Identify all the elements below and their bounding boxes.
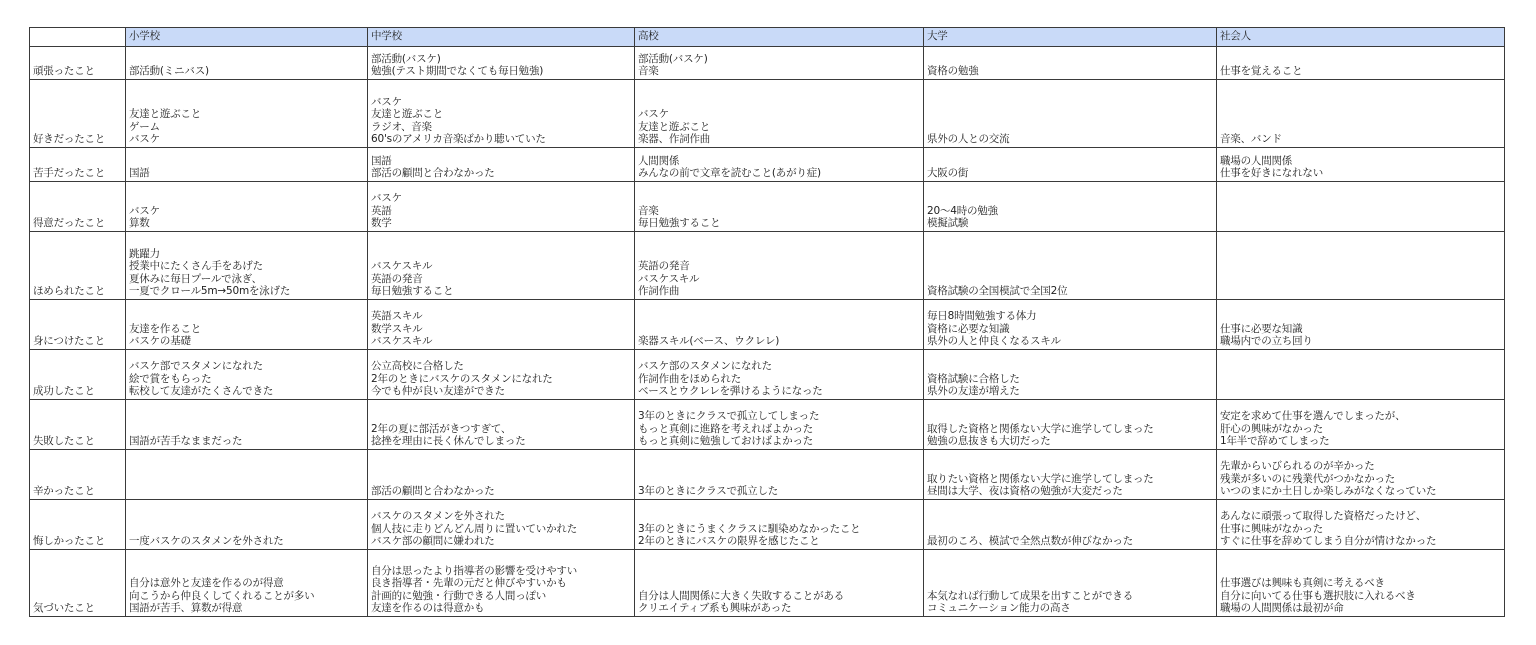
cell-elementary[interactable]: 国語が苦手なままだった <box>126 400 368 450</box>
cell-text-line: 仕事選びは興味も真剣に考えるべき <box>1220 577 1501 590</box>
cell-university[interactable]: 大阪の街 <box>924 148 1217 182</box>
cell-text-line: 仕事を好きになれない <box>1220 167 1501 180</box>
row-label-cell[interactable]: 辛かったこと <box>30 450 126 500</box>
cell-university[interactable]: 取りたい資格と関係ない大学に進学してしまった昼間は大学、夜は資格の勉強が大変だっ… <box>924 450 1217 500</box>
cell-working-adult[interactable] <box>1217 232 1505 300</box>
header-cell-university[interactable]: 大学 <box>924 28 1217 47</box>
cell-text-line: バスケ <box>371 192 631 205</box>
cell-text-line: 安定を求めて仕事を選んでしまったが、 <box>1220 410 1501 423</box>
cell-junior-high[interactable]: バスケスキル英語の発音毎日勉強すること <box>368 232 635 300</box>
row-label-cell[interactable]: 身につけたこと <box>30 300 126 350</box>
header-row: 小学校 中学校 高校 大学 社会人 <box>30 28 1505 47</box>
cell-text-line: 勉強の息抜きも大切だった <box>927 435 1213 448</box>
cell-text-line: 音楽 <box>638 205 920 218</box>
cell-text-line: 友達と遊ぶこと <box>371 108 631 121</box>
cell-text-line: あんなに頑張って取得した資格だったけど、 <box>1220 510 1501 523</box>
cell-elementary[interactable]: バスケ算数 <box>126 182 368 232</box>
cell-text-line: 英語 <box>371 205 631 218</box>
cell-working-adult[interactable]: 音楽、バンド <box>1217 80 1505 148</box>
cell-elementary[interactable]: 国語 <box>126 148 368 182</box>
cell-text-line: 国語 <box>129 167 364 180</box>
row-label-cell[interactable]: 失敗したこと <box>30 400 126 450</box>
cell-text-line: 2年のときにバスケの限界を感じたこと <box>638 535 920 548</box>
cell-text-line: 資格試験の全国模試で全国2位 <box>927 285 1213 298</box>
table-row: 辛かったこと部活の顧問と合わなかった3年のときにクラスで孤立した取りたい資格と関… <box>30 450 1505 500</box>
cell-junior-high[interactable]: 部活動(バスケ)勉強(テスト期間でなくても毎日勉強) <box>368 47 635 80</box>
row-label-cell[interactable]: ほめられたこと <box>30 232 126 300</box>
cell-text-line: 大阪の街 <box>927 167 1213 180</box>
table-row: 頑張ったこと部活動(ミニバス)部活動(バスケ)勉強(テスト期間でなくても毎日勉強… <box>30 47 1505 80</box>
cell-text-line: 1年半で辞めてしまった <box>1220 435 1501 448</box>
cell-text-line: 友達を作るのは得意かも <box>371 602 631 615</box>
table-row: 失敗したこと国語が苦手なままだった2年の夏に部活がきつすぎて、捻挫を理由に長く休… <box>30 400 1505 450</box>
cell-high-school[interactable]: 部活動(バスケ)音楽 <box>635 47 924 80</box>
cell-text-line: ラジオ、音楽 <box>371 121 631 134</box>
header-corner-cell[interactable] <box>30 28 126 47</box>
header-cell-junior-high[interactable]: 中学校 <box>368 28 635 47</box>
cell-text-line: 音楽、バンド <box>1220 133 1501 146</box>
cell-text-line: 部活動(バスケ) <box>638 53 920 66</box>
cell-text-line: 友達と遊ぶこと <box>129 108 364 121</box>
cell-text-line: もっと真剣に勉強しておけばよかった <box>638 435 920 448</box>
cell-elementary[interactable]: 友達を作ることバスケの基礎 <box>126 300 368 350</box>
cell-high-school[interactable]: バスケ友達と遊ぶこと楽器、作詞作曲 <box>635 80 924 148</box>
cell-university[interactable]: 資格試験の全国模試で全国2位 <box>924 232 1217 300</box>
cell-junior-high[interactable]: 国語部活の顧問と合わなかった <box>368 148 635 182</box>
cell-university[interactable]: 資格の勉強 <box>924 47 1217 80</box>
cell-text-line: 部活動(バスケ) <box>371 53 631 66</box>
cell-text-line: 友達と遊ぶこと <box>638 121 920 134</box>
cell-text-line: 肝心の興味がなかった <box>1220 423 1501 436</box>
cell-high-school[interactable]: 3年のときにクラスで孤立した <box>635 450 924 500</box>
cell-text-line: 転校して友達がたくさんできた <box>129 385 364 398</box>
cell-text-line: 60'sのアメリカ音楽ばかり聴いていた <box>371 133 631 146</box>
cell-text-line: もっと真剣に進路を考えればよかった <box>638 423 920 436</box>
cell-university[interactable]: 県外の人との交流 <box>924 80 1217 148</box>
cell-junior-high[interactable]: バスケ友達と遊ぶことラジオ、音楽60'sのアメリカ音楽ばかり聴いていた <box>368 80 635 148</box>
cell-working-adult[interactable] <box>1217 182 1505 232</box>
cell-text-line: 数学スキル <box>371 323 631 336</box>
table-row: 得意だったことバスケ算数バスケ英語数学音楽毎日勉強すること20〜4時の勉強模擬試… <box>30 182 1505 232</box>
cell-text-line: 勉強(テスト期間でなくても毎日勉強) <box>371 65 631 78</box>
cell-text-line: バスケスキル <box>371 335 631 348</box>
cell-text-line: 夏休みに毎日プールで泳ぎ、 <box>129 273 364 286</box>
cell-elementary[interactable]: 部活動(ミニバス) <box>126 47 368 80</box>
cell-junior-high[interactable]: バスケ英語数学 <box>368 182 635 232</box>
cell-text-line: 音楽 <box>638 65 920 78</box>
cell-text-line: 算数 <box>129 217 364 230</box>
cell-text-line: バスケスキル <box>638 273 920 286</box>
cell-university[interactable]: 資格試験に合格した県外の友達が増えた <box>924 350 1217 400</box>
cell-text-line: 部活動(ミニバス) <box>129 65 364 78</box>
cell-working-adult[interactable]: 仕事を覚えること <box>1217 47 1505 80</box>
cell-university[interactable]: 取得した資格と関係ない大学に進学してしまった勉強の息抜きも大切だった <box>924 400 1217 450</box>
cell-high-school[interactable]: 3年のときにクラスで孤立してしまったもっと真剣に進路を考えればよかったもっと真剣… <box>635 400 924 450</box>
cell-text-line: 3年のときにうまくクラスに馴染めなかったこと <box>638 523 920 536</box>
cell-text-line: 資格試験に合格した <box>927 373 1213 386</box>
cell-text-line: 楽器、作詞作曲 <box>638 133 920 146</box>
cell-working-adult[interactable]: あんなに頑張って取得した資格だったけど、仕事に興味がなかったすぐに仕事を辞めてし… <box>1217 500 1505 550</box>
cell-junior-high[interactable]: バスケのスタメンを外された個人技に走りどんどん周りに置いていかれたバスケ部の顧問… <box>368 500 635 550</box>
cell-text-line: ゲーム <box>129 121 364 134</box>
cell-working-adult[interactable]: 仕事に必要な知識職場内での立ち回り <box>1217 300 1505 350</box>
cell-text-line: 国語が苦手、算数が得意 <box>129 602 364 615</box>
cell-text-line: バスケの基礎 <box>129 335 364 348</box>
cell-junior-high[interactable]: 自分は思ったより指導者の影響を受けやすい良き指導者・先輩の元だと伸びやすいかも計… <box>368 550 635 617</box>
cell-elementary[interactable]: 一度バスケのスタメンを外された <box>126 500 368 550</box>
cell-text-line: 個人技に走りどんどん周りに置いていかれた <box>371 523 631 536</box>
cell-text-line: 英語の発音 <box>638 260 920 273</box>
cell-high-school[interactable]: バスケ部のスタメンになれた作詞作曲をほめられたベースとウクレレを弾けるようになっ… <box>635 350 924 400</box>
cell-text-line: 一度バスケのスタメンを外された <box>129 535 364 548</box>
cell-text-line: 良き指導者・先輩の元だと伸びやすいかも <box>371 577 631 590</box>
cell-text-line: 職場の人間関係は最初が命 <box>1220 602 1501 615</box>
cell-text-line: みんなの前で文章を読むこと(あがり症) <box>638 167 920 180</box>
cell-high-school[interactable]: 自分は人間関係に大きく失敗することがあるクリエイティブ系も興味があった <box>635 550 924 617</box>
cell-text-line: 本気なれば行動して成果を出すことができる <box>927 590 1213 603</box>
cell-high-school[interactable]: 音楽毎日勉強すること <box>635 182 924 232</box>
row-label-cell[interactable]: 気づいたこと <box>30 550 126 617</box>
cell-text-line: 授業中にたくさん手をあげた <box>129 260 364 273</box>
cell-text-line: 2年のときにバスケのスタメンになれた <box>371 373 631 386</box>
row-label-cell[interactable]: 成功したこと <box>30 350 126 400</box>
cell-elementary[interactable]: 友達と遊ぶことゲームバスケ <box>126 80 368 148</box>
header-cell-elementary[interactable]: 小学校 <box>126 28 368 47</box>
cell-text-line: バスケ <box>129 205 364 218</box>
table-row: 身につけたこと友達を作ることバスケの基礎英語スキル数学スキルバスケスキル楽器スキ… <box>30 300 1505 350</box>
cell-university[interactable]: 本気なれば行動して成果を出すことができるコミュニケーション能力の高さ <box>924 550 1217 617</box>
cell-text-line: 捻挫を理由に長く休んでしまった <box>371 435 631 448</box>
cell-text-line: バスケ <box>129 133 364 146</box>
cell-elementary[interactable] <box>126 450 368 500</box>
row-label-cell[interactable]: 悔しかったこと <box>30 500 126 550</box>
cell-text-line: 県外の人との交流 <box>927 133 1213 146</box>
cell-text-line: 公立高校に合格した <box>371 360 631 373</box>
table-row: 気づいたこと自分は意外と友達を作るのが得意向こうから仲良くしてくれることが多い国… <box>30 550 1505 617</box>
cell-text-line: 仕事に必要な知識 <box>1220 323 1501 336</box>
table-row: ほめられたこと跳躍力授業中にたくさん手をあげた夏休みに毎日プールで泳ぎ、一夏でク… <box>30 232 1505 300</box>
header-cell-working-adult[interactable]: 社会人 <box>1217 28 1505 47</box>
cell-text-line: クリエイティブ系も興味があった <box>638 602 920 615</box>
cell-junior-high[interactable]: 英語スキル数学スキルバスケスキル <box>368 300 635 350</box>
cell-university[interactable]: 毎日8時間勉強する体力資格に必要な知識県外の人と仲良くなるスキル <box>924 300 1217 350</box>
cell-text-line: 計画的に勉強・行動できる人間っぽい <box>371 590 631 603</box>
cell-text-line: 取りたい資格と関係ない大学に進学してしまった <box>927 473 1213 486</box>
cell-text-line: 国語 <box>371 155 631 168</box>
cell-junior-high[interactable]: 公立高校に合格した2年のときにバスケのスタメンになれた今でも仲が良い友達ができた <box>368 350 635 400</box>
cell-working-adult[interactable]: 先輩からいびられるのが辛かった残業が多いのに残業代がつかなかったいつのまにか土日… <box>1217 450 1505 500</box>
cell-high-school[interactable]: 3年のときにうまくクラスに馴染めなかったこと2年のときにバスケの限界を感じたこと <box>635 500 924 550</box>
cell-working-adult[interactable] <box>1217 350 1505 400</box>
cell-text-line: 数学 <box>371 217 631 230</box>
cell-text-line: バスケ <box>638 108 920 121</box>
cell-text-line: 毎日勉強すること <box>638 217 920 230</box>
cell-text-line: 部活の顧問と合わなかった <box>371 485 631 498</box>
cell-text-line: 友達を作ること <box>129 323 364 336</box>
cell-text-line: 資格の勉強 <box>927 65 1213 78</box>
cell-text-line: 2年の夏に部活がきつすぎて、 <box>371 423 631 436</box>
cell-text-line: 県外の友達が増えた <box>927 385 1213 398</box>
cell-text-line: 残業が多いのに残業代がつかなかった <box>1220 473 1501 486</box>
row-label-cell[interactable]: 頑張ったこと <box>30 47 126 80</box>
cell-text-line: 跳躍力 <box>129 248 364 261</box>
cell-university[interactable]: 20〜4時の勉強模擬試験 <box>924 182 1217 232</box>
cell-text-line: いつのまにか土日しか楽しみがなくなっていた <box>1220 485 1501 498</box>
cell-text-line: バスケスキル <box>371 260 631 273</box>
cell-text-line: すぐに仕事を辞めてしまう自分が情けなかった <box>1220 535 1501 548</box>
cell-text-line: 自分は意外と友達を作るのが得意 <box>129 577 364 590</box>
self-analysis-table: 小学校 中学校 高校 大学 社会人 頑張ったこと部活動(ミニバス)部活動(バスケ… <box>29 27 1505 617</box>
cell-working-adult[interactable]: 仕事選びは興味も真剣に考えるべき自分に向いてる仕事も選択肢に入れるべき職場の人間… <box>1217 550 1505 617</box>
cell-text-line: 国語が苦手なままだった <box>129 435 364 448</box>
cell-text-line: 先輩からいびられるのが辛かった <box>1220 460 1501 473</box>
cell-text-line: コミュニケーション能力の高さ <box>927 602 1213 615</box>
cell-text-line: 今でも仲が良い友達ができた <box>371 385 631 398</box>
cell-text-line: 仕事に興味がなかった <box>1220 523 1501 536</box>
cell-text-line: 模擬試験 <box>927 217 1213 230</box>
cell-text-line: 絵で賞をもらった <box>129 373 364 386</box>
cell-junior-high[interactable]: 部活の顧問と合わなかった <box>368 450 635 500</box>
cell-text-line: 資格に必要な知識 <box>927 323 1213 336</box>
row-label-cell[interactable]: 苦手だったこと <box>30 148 126 182</box>
cell-text-line: 最初のころ、模試で全然点数が伸びなかった <box>927 535 1213 548</box>
table-row: 苦手だったこと国語国語部活の顧問と合わなかった人間関係みんなの前で文章を読むこと… <box>30 148 1505 182</box>
cell-text-line: 向こうから仲良くしてくれることが多い <box>129 590 364 603</box>
cell-text-line: 毎日勉強すること <box>371 285 631 298</box>
table-row: 悔しかったこと一度バスケのスタメンを外されたバスケのスタメンを外された個人技に走… <box>30 500 1505 550</box>
cell-text-line: 楽器スキル(ベース、ウクレレ) <box>638 335 920 348</box>
cell-text-line: 作詞作曲 <box>638 285 920 298</box>
cell-text-line: 自分は思ったより指導者の影響を受けやすい <box>371 565 631 578</box>
table-row: 好きだったこと友達と遊ぶことゲームバスケバスケ友達と遊ぶことラジオ、音楽60's… <box>30 80 1505 148</box>
cell-text-line: 仕事を覚えること <box>1220 65 1501 78</box>
cell-text-line: バスケ <box>371 96 631 109</box>
cell-text-line: 昼間は大学、夜は資格の勉強が大変だった <box>927 485 1213 498</box>
cell-text-line: 自分に向いてる仕事も選択肢に入れるべき <box>1220 590 1501 603</box>
cell-high-school[interactable]: 楽器スキル(ベース、ウクレレ) <box>635 300 924 350</box>
cell-text-line: 20〜4時の勉強 <box>927 205 1213 218</box>
cell-text-line: 人間関係 <box>638 155 920 168</box>
cell-text-line: 3年のときにクラスで孤立した <box>638 485 920 498</box>
cell-university[interactable]: 最初のころ、模試で全然点数が伸びなかった <box>924 500 1217 550</box>
cell-junior-high[interactable]: 2年の夏に部活がきつすぎて、捻挫を理由に長く休んでしまった <box>368 400 635 450</box>
cell-text-line: 一夏でクロール5m→50mを泳げた <box>129 285 364 298</box>
cell-text-line: 3年のときにクラスで孤立してしまった <box>638 410 920 423</box>
cell-text-line: バスケ部でスタメンになれた <box>129 360 364 373</box>
cell-text-line: バスケ部のスタメンになれた <box>638 360 920 373</box>
cell-high-school[interactable]: 英語の発音バスケスキル作詞作曲 <box>635 232 924 300</box>
cell-text-line: 作詞作曲をほめられた <box>638 373 920 386</box>
cell-text-line: 英語の発音 <box>371 273 631 286</box>
cell-text-line: 毎日8時間勉強する体力 <box>927 310 1213 323</box>
row-label-cell[interactable]: 好きだったこと <box>30 80 126 148</box>
cell-text-line: ベースとウクレレを弾けるようになった <box>638 385 920 398</box>
cell-text-line: 取得した資格と関係ない大学に進学してしまった <box>927 423 1213 436</box>
cell-high-school[interactable]: 人間関係みんなの前で文章を読むこと(あがり症) <box>635 148 924 182</box>
header-cell-high-school[interactable]: 高校 <box>635 28 924 47</box>
cell-text-line: バスケのスタメンを外された <box>371 510 631 523</box>
cell-elementary[interactable]: 跳躍力授業中にたくさん手をあげた夏休みに毎日プールで泳ぎ、一夏でクロール5m→5… <box>126 232 368 300</box>
cell-text-line: 英語スキル <box>371 310 631 323</box>
cell-working-adult[interactable]: 職場の人間関係仕事を好きになれない <box>1217 148 1505 182</box>
cell-working-adult[interactable]: 安定を求めて仕事を選んでしまったが、肝心の興味がなかった1年半で辞めてしまった <box>1217 400 1505 450</box>
cell-text-line: 自分は人間関係に大きく失敗することがある <box>638 590 920 603</box>
cell-text-line: 職場の人間関係 <box>1220 155 1501 168</box>
cell-elementary[interactable]: バスケ部でスタメンになれた絵で賞をもらった転校して友達がたくさんできた <box>126 350 368 400</box>
cell-elementary[interactable]: 自分は意外と友達を作るのが得意向こうから仲良くしてくれることが多い国語が苦手、算… <box>126 550 368 617</box>
cell-text-line: 県外の人と仲良くなるスキル <box>927 335 1213 348</box>
row-label-cell[interactable]: 得意だったこと <box>30 182 126 232</box>
table-row: 成功したことバスケ部でスタメンになれた絵で賞をもらった転校して友達がたくさんでき… <box>30 350 1505 400</box>
cell-text-line: 職場内での立ち回り <box>1220 335 1501 348</box>
cell-text-line: バスケ部の顧問に嫌われた <box>371 535 631 548</box>
cell-text-line: 部活の顧問と合わなかった <box>371 167 631 180</box>
